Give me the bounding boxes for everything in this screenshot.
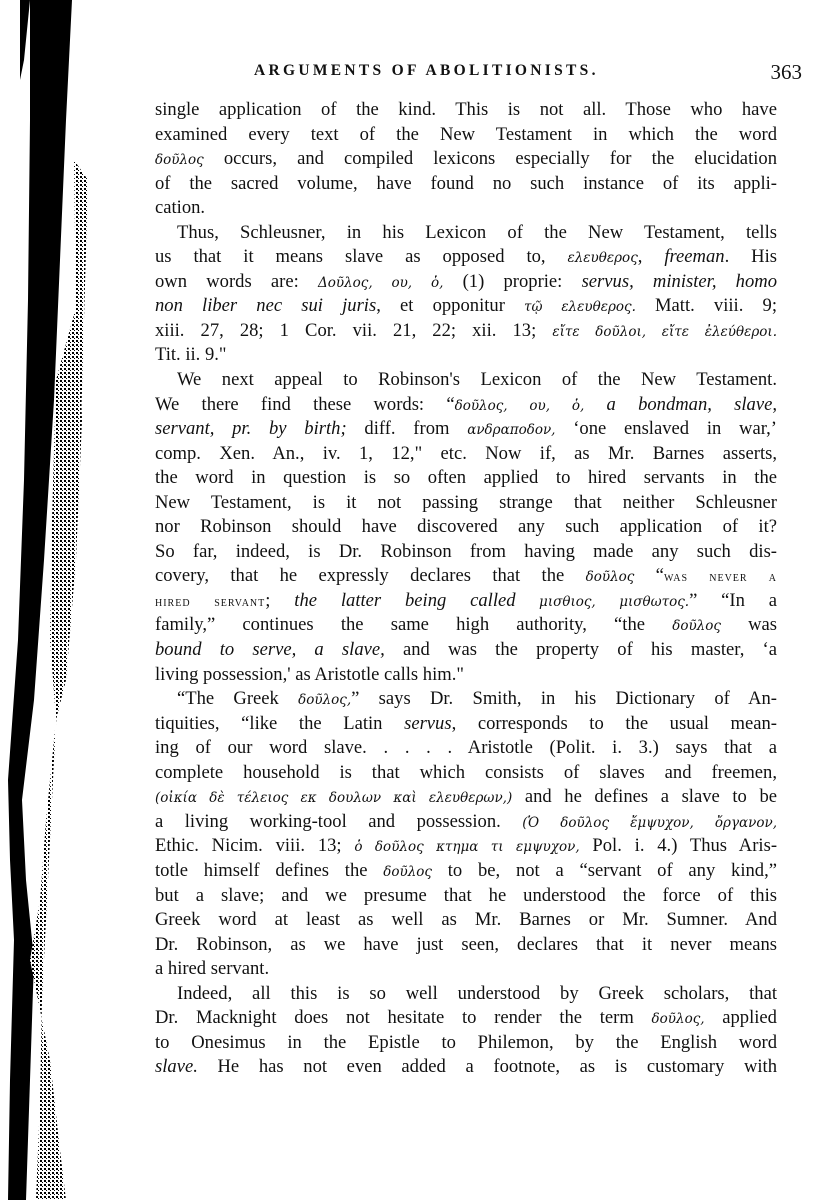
- text-run: “: [634, 565, 664, 586]
- greek-word: τῷ ελευθερος.: [524, 299, 636, 315]
- italic-run: a bondman, slave,: [584, 394, 777, 415]
- text-line: cation.: [155, 196, 777, 221]
- text-line: to Onesimus in the Epistle to Philemon, …: [155, 1031, 777, 1056]
- text-run: ‘one enslaved in war,’: [555, 418, 777, 439]
- text-line: We there find these words: “δοῦλος, ου, …: [155, 393, 777, 418]
- text-line: Greek word at least as well as Mr. Barne…: [155, 908, 777, 933]
- text-line: a living working-tool and possession. (Ὁ…: [155, 810, 777, 835]
- text-line: Dr. Macknight does not hesitate to rende…: [155, 1006, 777, 1031]
- page-number: 363: [771, 60, 803, 85]
- text-run: applied: [705, 1007, 777, 1028]
- paragraph: Indeed, all this is so well understood b…: [155, 982, 777, 1080]
- text-line: (οἰκία δὲ τέλειος εκ δουλων καὶ ελευθερω…: [155, 785, 777, 810]
- text-run: Matt. viii. 9;: [636, 295, 777, 316]
- text-run: Ethic. Nicim. viii. 13;: [155, 835, 354, 856]
- text-line: living possession,' as Aristotle calls h…: [155, 663, 777, 688]
- text-run: was: [721, 614, 777, 635]
- text-run: He has not even added a footnote, as is …: [198, 1056, 777, 1077]
- text-line: complete household is that which consist…: [155, 761, 777, 786]
- italic-run: servus, minister, homo: [582, 271, 777, 292]
- text-run: We there find these words: “: [155, 394, 455, 415]
- text-run: ;: [265, 590, 294, 611]
- greek-word: δοῦλος, ου, ὁ,: [455, 398, 585, 414]
- italic-run: the latter being called: [294, 590, 515, 611]
- page-header: ARGUMENTS OF ABOLITIONISTS. 363: [254, 60, 814, 90]
- greek-word: ανδραποδον,: [467, 422, 555, 438]
- greek-word: μισθιος, μισθωτος.: [516, 594, 690, 610]
- text-run: xiii. 27, 28; 1 Cor. vii. 21, 22; xii. 1…: [155, 320, 552, 341]
- greek-word: δοῦλος: [155, 152, 204, 168]
- italic-run: slave.: [155, 1056, 198, 1077]
- text-line: but a slave; and we presume that he unde…: [155, 884, 777, 909]
- text-line: “The Greek δοῦλος,” says Dr. Smith, in h…: [155, 687, 777, 712]
- binding-shadow-decoration: [0, 0, 120, 1200]
- text-run: . His: [725, 246, 777, 267]
- italic-run: non liber nec sui juris: [155, 295, 376, 316]
- text-line: Indeed, all this is so well understood b…: [155, 982, 777, 1007]
- text-run: a living working-tool and possession.: [155, 811, 522, 832]
- text-line: the word in question is so often applied…: [155, 466, 777, 491]
- greek-word: δοῦλος: [672, 618, 721, 634]
- greek-phrase: (οἰκία δὲ τέλειος εκ δουλων καὶ ελευθερω…: [155, 790, 512, 806]
- paragraph: Thus, Schleusner, in his Lexicon of the …: [155, 221, 777, 368]
- text-line: Tit. ii. 9.": [155, 343, 777, 368]
- paragraph: We next appeal to Robinson's Lexicon of …: [155, 368, 777, 687]
- text-run: ” says Dr. Smith, in his Dictionary of A…: [351, 688, 777, 709]
- text-line: comp. Xen. An., iv. 1, 12," etc. Now if,…: [155, 442, 777, 467]
- text-line: covery, that he expressly declares that …: [155, 564, 777, 589]
- text-line: So far, indeed, is Dr. Robinson from hav…: [155, 540, 777, 565]
- greek-word: ελευθερος: [568, 250, 638, 266]
- text-line: Dr. Robinson, as we have just seen, decl…: [155, 933, 777, 958]
- text-run: occurs, and compiled lexicons especially…: [204, 148, 777, 169]
- text-line: family,” continues the same high authori…: [155, 613, 777, 638]
- small-caps-run: hired servant: [155, 595, 265, 610]
- text-line: bound to serve, a slave, and was the pro…: [155, 638, 777, 663]
- paragraph: single application of the kind. This is …: [155, 98, 777, 221]
- text-run: ” “In a: [689, 590, 777, 611]
- greek-word: δοῦλος: [586, 569, 635, 585]
- text-run: tiquities, “like the Latin: [155, 713, 404, 734]
- text-line: servant, pr. by birth; diff. from ανδραπ…: [155, 417, 777, 442]
- greek-word: δοῦλος,: [652, 1011, 705, 1027]
- text-run: totle himself defines the: [155, 860, 383, 881]
- text-run: Dr. Macknight does not hesitate to rende…: [155, 1007, 652, 1028]
- text-line: slave. He has not even added a footnote,…: [155, 1055, 777, 1080]
- text-line: examined every text of the New Testament…: [155, 123, 777, 148]
- text-run: ,: [638, 246, 665, 267]
- text-run: own words are:: [155, 271, 318, 292]
- text-line: single application of the kind. This is …: [155, 98, 777, 123]
- running-head: ARGUMENTS OF ABOLITIONISTS.: [254, 62, 599, 80]
- small-caps-run: was never a: [664, 570, 777, 585]
- text-run: , et opponitur: [376, 295, 524, 316]
- text-line: ing of our word slave. . . . . Aristotle…: [155, 736, 777, 761]
- text-line: We next appeal to Robinson's Lexicon of …: [155, 368, 777, 393]
- text-line: Thus, Schleusner, in his Lexicon of the …: [155, 221, 777, 246]
- text-line: δοῦλος occurs, and compiled lexicons esp…: [155, 147, 777, 172]
- greek-phrase: (Ὁ δοῦλος ἔμψυχον, ὄργανον,: [522, 815, 777, 831]
- body-text: single application of the kind. This is …: [155, 98, 777, 1080]
- text-line: xiii. 27, 28; 1 Cor. vii. 21, 22; xii. 1…: [155, 319, 777, 344]
- text-line: hired servant; the latter being called μ…: [155, 589, 777, 614]
- text-line: Ethic. Nicim. viii. 13; ὁ δοῦλος κτημα τ…: [155, 834, 777, 859]
- text-run: “The Greek: [177, 688, 298, 709]
- italic-run: servus: [404, 713, 452, 734]
- italic-run: servant, pr. by birth;: [155, 418, 347, 439]
- text-line: totle himself defines the δοῦλος to be, …: [155, 859, 777, 884]
- text-run: family,” continues the same high authori…: [155, 614, 672, 635]
- text-run: , corresponds to the usual mean-: [452, 713, 777, 734]
- text-line: New Testament, is it not passing strange…: [155, 491, 777, 516]
- greek-word: Δοῦλος, ου, ὁ,: [318, 275, 443, 291]
- text-line: non liber nec sui juris, et opponitur τῷ…: [155, 294, 777, 319]
- greek-phrase: ὁ δοῦλος κτημα τι εμψυχον,: [354, 839, 579, 855]
- text-line: us that it means slave as opposed to, ελ…: [155, 245, 777, 270]
- greek-word: δοῦλος,: [298, 692, 351, 708]
- text-run: diff. from: [347, 418, 468, 439]
- text-line: own words are: Δοῦλος, ου, ὁ, (1) propri…: [155, 270, 777, 295]
- greek-word: εἴτε δοῦλοι, εἴτε ἐλεύθεροι.: [552, 324, 777, 340]
- text-run: and he defines a slave to be: [512, 786, 777, 807]
- text-line: a hired servant.: [155, 957, 777, 982]
- text-line: tiquities, “like the Latin servus, corre…: [155, 712, 777, 737]
- greek-word: δοῦλος: [383, 864, 432, 880]
- text-run: Pol. i. 4.) Thus Aris-: [580, 835, 777, 856]
- text-run: us that it means slave as opposed to,: [155, 246, 568, 267]
- text-run: and was the property of his master, ‘a: [385, 639, 777, 660]
- text-run: covery, that he expressly declares that …: [155, 565, 586, 586]
- italic-run: freeman: [664, 246, 724, 267]
- text-run: (1) proprie:: [443, 271, 581, 292]
- paragraph: “The Greek δοῦλος,” says Dr. Smith, in h…: [155, 687, 777, 982]
- text-run: to be, not a “servant of any kind,”: [432, 860, 777, 881]
- italic-run: bound to serve, a slave,: [155, 639, 385, 660]
- text-line: of the sacred volume, have found no such…: [155, 172, 777, 197]
- text-line: nor Robinson should have discovered any …: [155, 515, 777, 540]
